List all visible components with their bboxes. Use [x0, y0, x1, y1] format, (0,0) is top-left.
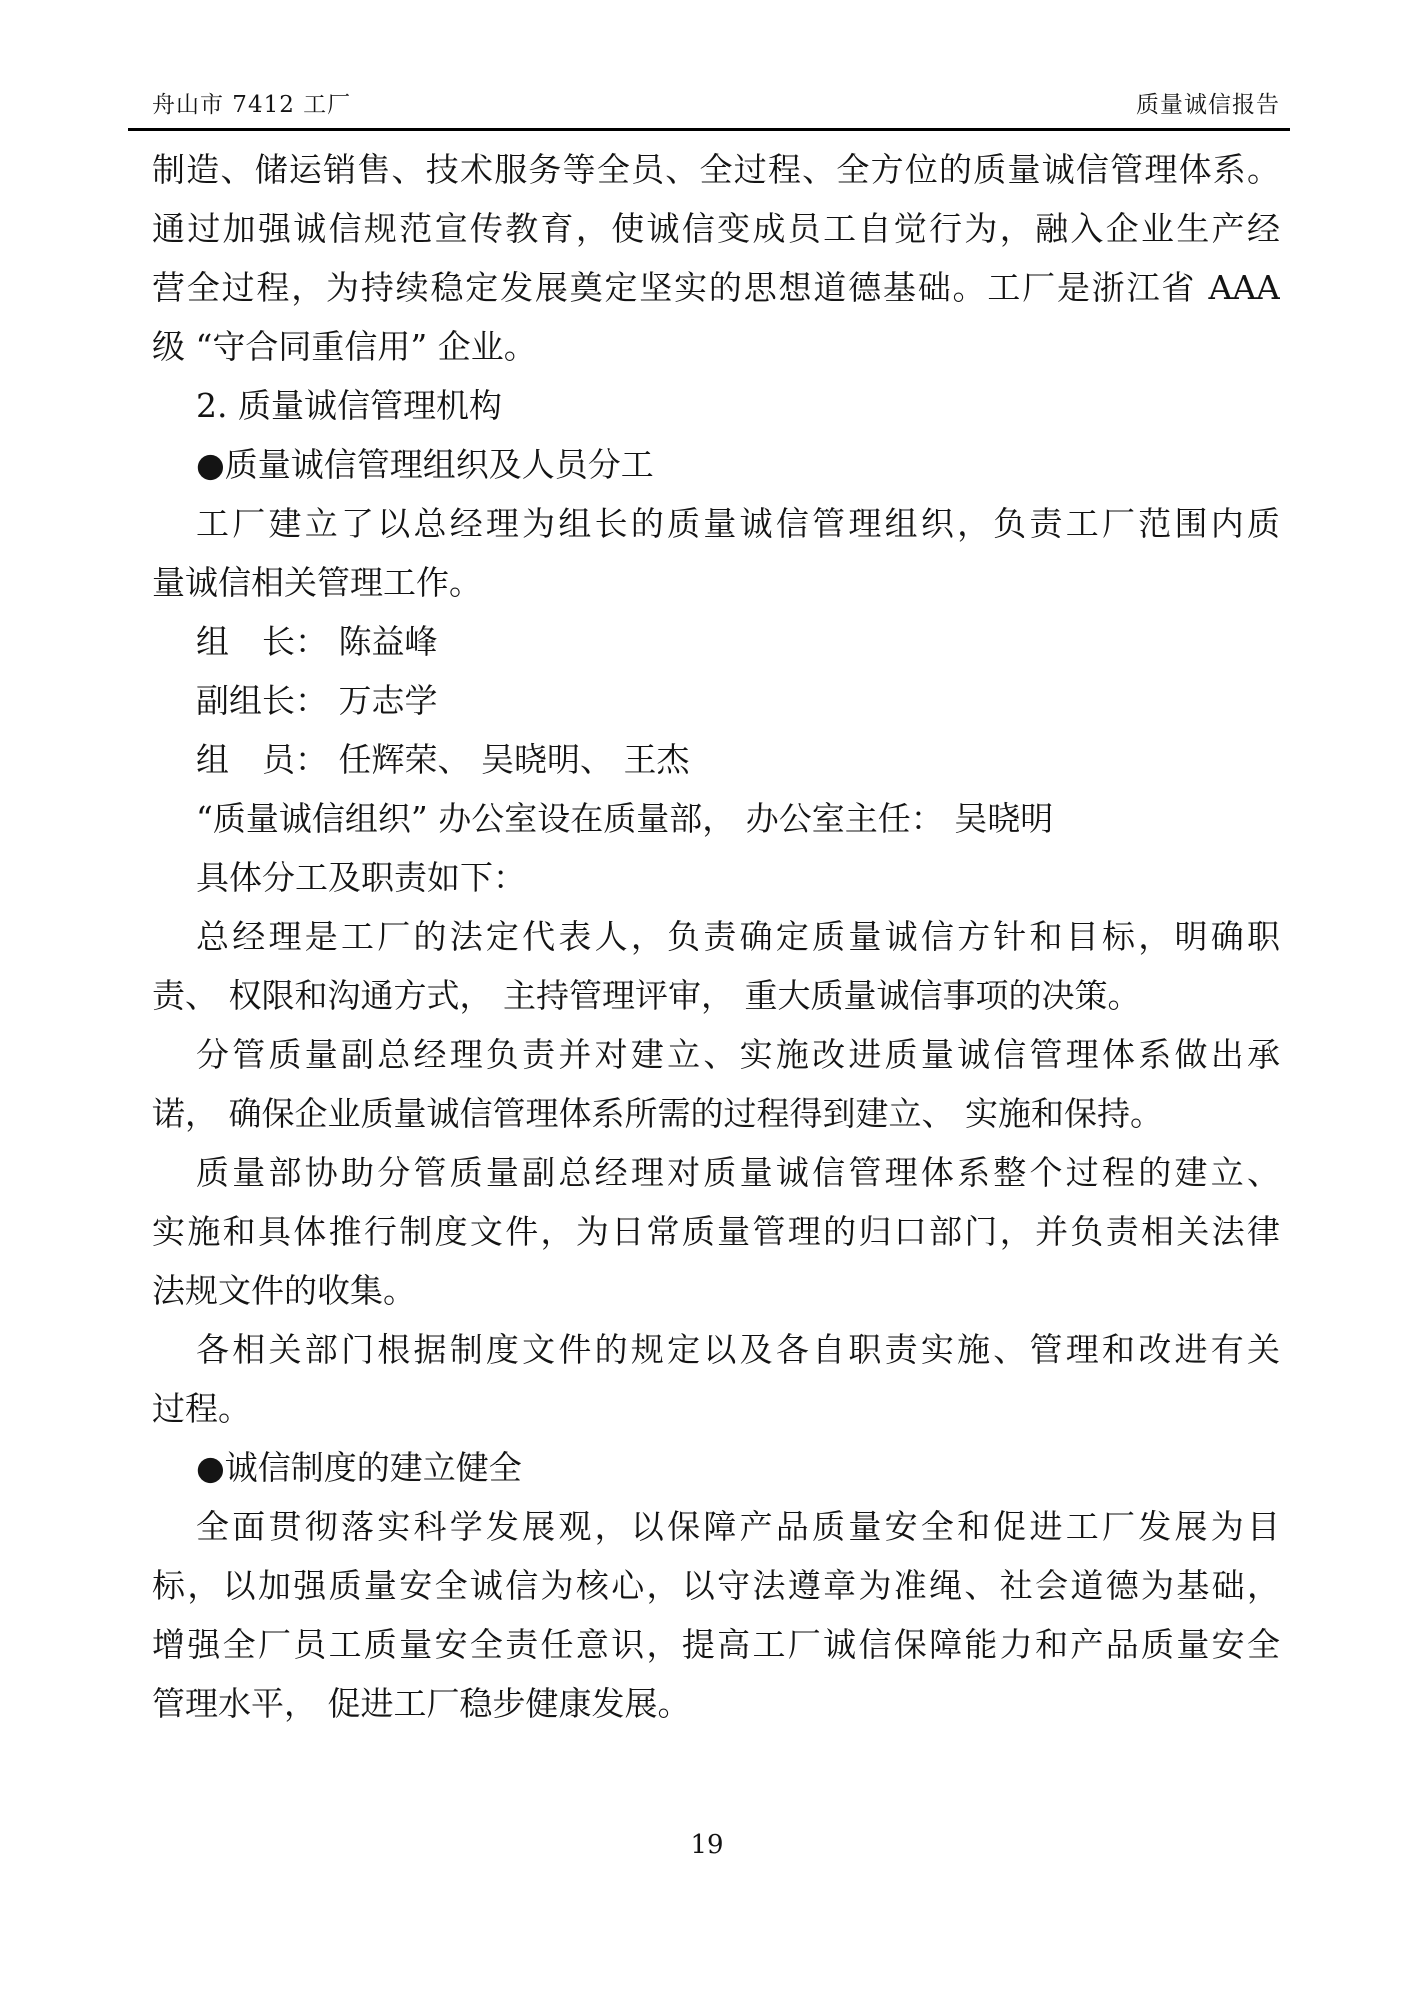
text-line: 制造、储运销售、技术服务等全员、全过程、全方位的质量诚信管理体系。 [152, 140, 1280, 199]
text-line: 责、 权限和沟通方式， 主持管理评审， 重大质量诚信事项的决策。 [152, 966, 1280, 1025]
paragraph: “质量诚信组织” 办公室设在质量部， 办公室主任： 吴晓明 [152, 789, 1280, 848]
paragraph: 各相关部门根据制度文件的规定以及各自职责实施、管理和改进有关过程。 [152, 1320, 1280, 1438]
text-line: 法规文件的收集。 [152, 1261, 1280, 1320]
text-line: “质量诚信组织” 办公室设在质量部， 办公室主任： 吴晓明 [152, 789, 1280, 848]
text-line: 分管质量副总经理负责并对建立、实施改进质量诚信管理体系做出承 [152, 1025, 1280, 1084]
paragraph: 制造、储运销售、技术服务等全员、全过程、全方位的质量诚信管理体系。通过加强诚信规… [152, 140, 1280, 376]
text-line: 标，以加强质量安全诚信为核心，以守法遵章为准绳、社会道德为基础， [152, 1556, 1280, 1615]
paragraph: 全面贯彻落实科学发展观，以保障产品质量安全和促进工厂发展为目标，以加强质量安全诚… [152, 1497, 1280, 1733]
paragraph: 分管质量副总经理负责并对建立、实施改进质量诚信管理体系做出承诺， 确保企业质量诚… [152, 1025, 1280, 1143]
text-line: 总经理是工厂的法定代表人，负责确定质量诚信方针和目标，明确职 [152, 907, 1280, 966]
text-line: 营全过程，为持续稳定发展奠定坚实的思想道德基础。工厂是浙江省 AAA [152, 258, 1280, 317]
text-line: 级 “守合同重信用” 企业。 [152, 317, 1280, 376]
document-page: 舟山市 7412 工厂 质量诚信报告 制造、储运销售、技术服务等全员、全过程、全… [0, 0, 1414, 2000]
text-line: 组 员： 任辉荣、 吴晓明、 王杰 [152, 730, 1280, 789]
text-line: 具体分工及职责如下： [152, 848, 1280, 907]
text-line: 量诚信相关管理工作。 [152, 553, 1280, 612]
paragraph: 工厂建立了以总经理为组长的质量诚信管理组织，负责工厂范围内质量诚信相关管理工作。 [152, 494, 1280, 612]
text-line: 2. 质量诚信管理机构 [152, 376, 1280, 435]
text-line: 全面贯彻落实科学发展观，以保障产品质量安全和促进工厂发展为目 [152, 1497, 1280, 1556]
text-line: 工厂建立了以总经理为组长的质量诚信管理组织，负责工厂范围内质 [152, 494, 1280, 553]
text-line: 管理水平， 促进工厂稳步健康发展。 [152, 1674, 1280, 1733]
paragraph: ●诚信制度的建立健全 [152, 1438, 1280, 1497]
text-line: 实施和具体推行制度文件，为日常质量管理的归口部门，并负责相关法律 [152, 1202, 1280, 1261]
text-line: 质量部协助分管质量副总经理对质量诚信管理体系整个过程的建立、 [152, 1143, 1280, 1202]
text-line: 过程。 [152, 1379, 1280, 1438]
paragraph: 组 长： 陈益峰 [152, 612, 1280, 671]
paragraph: 总经理是工厂的法定代表人，负责确定质量诚信方针和目标，明确职责、 权限和沟通方式… [152, 907, 1280, 1025]
header-rule [128, 128, 1290, 131]
page-number: 19 [0, 1830, 1414, 1860]
paragraph: 组 员： 任辉荣、 吴晓明、 王杰 [152, 730, 1280, 789]
page-header: 舟山市 7412 工厂 质量诚信报告 [152, 90, 1280, 120]
text-line: ●诚信制度的建立健全 [152, 1438, 1280, 1497]
paragraph: 具体分工及职责如下： [152, 848, 1280, 907]
header-right-title: 质量诚信报告 [1136, 90, 1280, 120]
text-line: 各相关部门根据制度文件的规定以及各自职责实施、管理和改进有关 [152, 1320, 1280, 1379]
text-line: 增强全厂员工质量安全责任意识，提高工厂诚信保障能力和产品质量安全 [152, 1615, 1280, 1674]
document-body: 制造、储运销售、技术服务等全员、全过程、全方位的质量诚信管理体系。通过加强诚信规… [152, 140, 1280, 1733]
text-line: 副组长： 万志学 [152, 671, 1280, 730]
paragraph: 质量部协助分管质量副总经理对质量诚信管理体系整个过程的建立、实施和具体推行制度文… [152, 1143, 1280, 1320]
text-line: ●质量诚信管理组织及人员分工 [152, 435, 1280, 494]
paragraph: 副组长： 万志学 [152, 671, 1280, 730]
header-left-title: 舟山市 7412 工厂 [152, 90, 351, 120]
text-line: 通过加强诚信规范宣传教育，使诚信变成员工自觉行为，融入企业生产经 [152, 199, 1280, 258]
text-line: 诺， 确保企业质量诚信管理体系所需的过程得到建立、 实施和保持。 [152, 1084, 1280, 1143]
paragraph: 2. 质量诚信管理机构 [152, 376, 1280, 435]
text-line: 组 长： 陈益峰 [152, 612, 1280, 671]
paragraph: ●质量诚信管理组织及人员分工 [152, 435, 1280, 494]
